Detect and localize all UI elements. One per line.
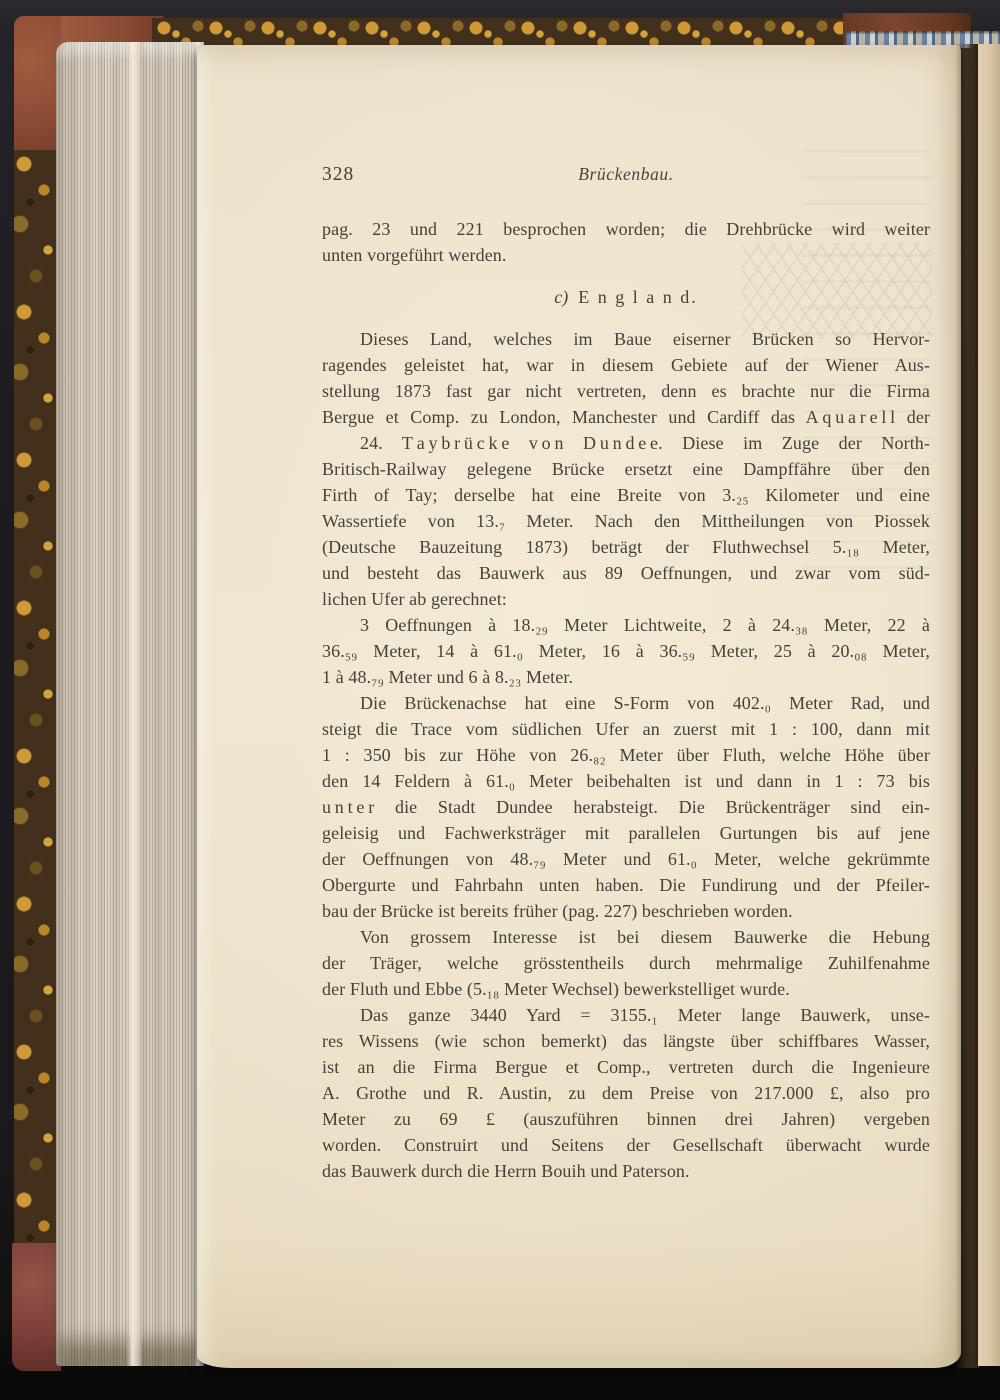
text-line: der Fluth und Ebbe (5.₁₈ Meter Wechsel) …	[322, 976, 930, 1002]
text-line: Britisch-Railway gelegene Brücke ersetzt…	[322, 456, 930, 482]
text-line: res Wissens (wie schon bemerkt) das läng…	[322, 1028, 930, 1054]
text-line: 24. T a y b r ü c k e v o n D u n d e e.…	[322, 430, 930, 456]
text-line: Firth of Tay; derselbe hat eine Breite v…	[322, 482, 930, 508]
text-line: pag. 23 und 221 besprochen worden; die D…	[322, 216, 930, 242]
section-heading: c)E n g l a n d.	[322, 284, 930, 310]
text-line: worden. Construirt und Seitens der Gesel…	[322, 1132, 930, 1158]
text-line: Meter zu 69 £ (auszuführen binnen drei J…	[322, 1106, 930, 1132]
adjacent-page-edge	[978, 44, 1000, 1366]
text-line: und besteht das Bauwerk aus 89 Oeffnunge…	[322, 560, 930, 586]
text-line: bau der Brücke ist bereits früher (pag. …	[322, 898, 930, 924]
text-line: Die Brückenachse hat eine S-Form von 402…	[322, 690, 930, 716]
text-line: stellung 1873 fast gar nicht vertreten, …	[322, 378, 930, 404]
page-block-step	[126, 42, 142, 1366]
photo-of-book-page: { "page": { "number": "328", "running_he…	[0, 0, 1000, 1400]
text-line: ragendes geleistet hat, war in diesem Ge…	[322, 352, 930, 378]
text-line: 36.₅₉ Meter, 14 à 61.₀ Meter, 16 à 36.₅₉…	[322, 638, 930, 664]
text-line: (Deutsche Bauzeitung 1873) beträgt der F…	[322, 534, 930, 560]
text-line: Dieses Land, welches im Baue eiserner Br…	[322, 326, 930, 352]
body-text: pag. 23 und 221 besprochen worden; die D…	[322, 216, 930, 1184]
text-line: 3 Oeffnungen à 18.₂₉ Meter Lichtweite, 2…	[322, 612, 930, 638]
text-line: u n t e r die Stadt Dundee herabsteigt. …	[322, 794, 930, 820]
section-heading-text: E n g l a n d.	[578, 287, 698, 307]
text-line: das Bauwerk durch die Herrn Bouih und Pa…	[322, 1158, 930, 1184]
text-line: der Träger, welche grösstentheils durch …	[322, 950, 930, 976]
fore-edge-page-stack	[56, 42, 204, 1366]
text-line: Obergurte und Fahrbahn unten haben. Die …	[322, 872, 930, 898]
page-header: 328 Brückenbau.	[322, 164, 930, 190]
text-line: Bergue et Comp. zu London, Manchester un…	[322, 404, 930, 430]
text-line: Das ganze 3440 Yard = 3155.₁ Meter lange…	[322, 1002, 930, 1028]
text-line: der Oeffnungen von 48.₇₉ Meter und 61.₀ …	[322, 846, 930, 872]
gutter-shadow	[955, 44, 980, 1368]
text-line: den 14 Feldern à 61.₀ Meter beibehalten …	[322, 768, 930, 794]
text-line: steigt die Trace vom südlichen Ufer an z…	[322, 716, 930, 742]
text-line: geleisig und Fachwerksträger mit paralle…	[322, 820, 930, 846]
marbled-cover-left-edge	[14, 150, 61, 1250]
text-line: Wassertiefe von 13.₇ Meter. Nach den Mit…	[322, 508, 930, 534]
text-line: 1 à 48.₇₉ Meter und 6 à 8.₂₃ Meter.	[322, 664, 930, 690]
text-line: 1 : 350 bis zur Höhe von 26.₈₂ Meter übe…	[322, 742, 930, 768]
text-line: A. Grothe und R. Austin, zu dem Preise v…	[322, 1080, 930, 1106]
leather-corner-bottom-left	[12, 1243, 61, 1371]
section-heading-prefix: c)	[554, 287, 568, 307]
text-line: ist an die Firma Bergue et Comp., vertre…	[322, 1054, 930, 1080]
leather-corner-top-left-side	[14, 16, 61, 164]
running-header: Brückenbau.	[322, 164, 930, 185]
text-line: lichen Ufer ab gerechnet:	[322, 586, 930, 612]
text-line: Von grossem Interesse ist bei diesem Bau…	[322, 924, 930, 950]
text-line: unten vorgeführt werden.	[322, 242, 930, 268]
